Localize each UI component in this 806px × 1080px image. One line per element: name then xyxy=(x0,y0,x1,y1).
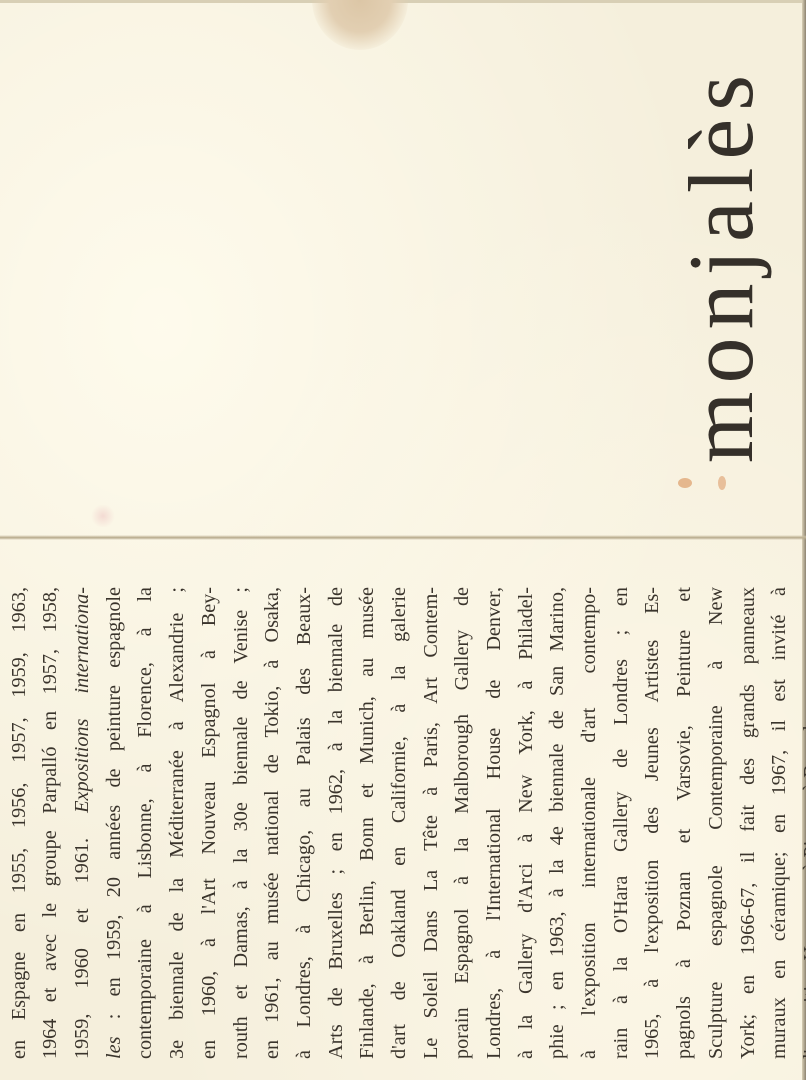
body-text: en Espagne en 1955, 1956, 1957, 1959, 19… xyxy=(8,587,30,1059)
body-text: Le Soleil Dans La Tête à Paris, Art Cont… xyxy=(420,587,442,1059)
paragraph-line: d'art de Oakland en Californie, à la gal… xyxy=(384,587,416,1059)
body-text: Arts de Bruxelles ; en 1962, à la bienna… xyxy=(325,587,347,1059)
paragraph-line: les : en 1959, 20 années de peinture esp… xyxy=(99,587,131,1059)
paragraph-line: York; en 1966-67, il fait des grands pan… xyxy=(733,587,765,1059)
paragraph-line: Londres, à l'International House de Denv… xyxy=(479,587,511,1059)
body-text: : en 1959, 20 années de peinture espagno… xyxy=(103,587,125,1037)
paragraph-line: phie ; en 1963, à la 4e biennale de San … xyxy=(543,587,575,1059)
paragraph-line: Le Soleil Dans La Tête à Paris, Art Cont… xyxy=(416,587,448,1059)
paragraph-line: pagnols à Poznan et Varsovie, Peinture e… xyxy=(669,587,701,1059)
paragraph-line: l'exposition Hommage à Picasso à Barcelo… xyxy=(796,587,806,1059)
paragraph-line: en 1961, au musée national de Tokio, à O… xyxy=(257,587,289,1059)
paragraph-line: en 1960, à l'Art Nouveau Espagnol à Bey- xyxy=(194,587,226,1059)
body-text: à la Gallery d'Arci à New York, à Philad… xyxy=(515,587,537,1059)
paragraph-line: muraux en céramique; en 1967, il est inv… xyxy=(764,587,796,1059)
body-text: routh et Damas, à la 30e biennale de Ven… xyxy=(230,587,252,1059)
title-region: monjalès xyxy=(676,40,766,490)
paragraph-line: à la Gallery d'Arci à New York, à Philad… xyxy=(511,587,543,1059)
paragraph-line: rain à la O'Hara Gallery de Londres ; en xyxy=(606,587,638,1059)
body-text: 1965, à l'exposition des Jeunes Artistes… xyxy=(642,587,664,1059)
body-text: Londres, à l'International House de Denv… xyxy=(483,587,505,1059)
paragraph-line: 3e biennale de la Méditerranée à Alexand… xyxy=(162,587,194,1059)
body-text: pagnols à Poznan et Varsovie, Peinture e… xyxy=(673,587,695,1059)
paragraph-line: routh et Damas, à la 30e biennale de Ven… xyxy=(226,587,258,1059)
biography-region: Expositions personnelles à Bruxelles en … xyxy=(50,585,750,1060)
body-text: en 1961, au musée national de Tokio, à O… xyxy=(261,587,283,1059)
paragraph-line: 1964 et avec le groupe Parpalló en 1957,… xyxy=(36,587,68,1059)
paragraph-line: contemporaine à Lisbonne, à Florence, à … xyxy=(131,587,163,1059)
body-text: l'exposition Hommage à Picasso à Barcelo… xyxy=(800,690,806,1058)
body-text: York; en 1966-67, il fait des grands pan… xyxy=(737,587,759,1059)
body-text: contemporaine à Lisbonne, à Florence, à … xyxy=(135,587,157,1059)
body-text: d'art de Oakland en Californie, à la gal… xyxy=(388,587,410,1059)
paragraph-line: en Espagne en 1955, 1956, 1957, 1959, 19… xyxy=(4,587,36,1059)
body-text: 1964 et avec le groupe Parpalló en 1957,… xyxy=(40,587,62,1059)
artist-name-title: monjalès xyxy=(675,67,767,463)
body-text: 1959, 1960 et 1961. xyxy=(71,812,93,1058)
exhibitions-paragraph: Expositions personnelles à Bruxelles en … xyxy=(0,587,806,1059)
page-fold-crease xyxy=(0,535,806,540)
paper-stain-top xyxy=(312,0,408,50)
scanned-page: monjalès Expositions personnelles à Brux… xyxy=(0,0,806,1080)
paragraph-line: à l'exposition internationale d'art cont… xyxy=(574,587,606,1059)
italic-heading-text: Expositions internationa- xyxy=(71,587,93,813)
italic-heading-text: les xyxy=(103,1036,125,1058)
body-text: rain à la O'Hara Gallery de Londres ; en xyxy=(610,587,632,1059)
body-text: porain Espagnol à la Malborough Gallery … xyxy=(452,587,474,1059)
body-text: en 1960, à l'Art Nouveau Espagnol à Bey- xyxy=(198,587,220,1059)
body-text: Sculpture espagnole Contemporaine à New xyxy=(705,587,727,1059)
body-text: à Londres, à Chicago, au Palais des Beau… xyxy=(293,587,315,1059)
body-text: à l'exposition internationale d'art cont… xyxy=(578,587,600,1059)
paragraph-line: Finlande, à Berlin, Bonn et Munich, au m… xyxy=(352,587,384,1059)
paper-stain-spot xyxy=(90,505,116,527)
body-text: Finlande, à Berlin, Bonn et Munich, au m… xyxy=(356,587,378,1059)
paragraph-line: Arts de Bruxelles ; en 1962, à la bienna… xyxy=(321,587,353,1059)
paragraph-line: Sculpture espagnole Contemporaine à New xyxy=(701,587,733,1059)
paragraph-line: porain Espagnol à la Malborough Gallery … xyxy=(448,587,480,1059)
body-text: phie ; en 1963, à la 4e biennale de San … xyxy=(547,587,569,1059)
paragraph-line: à Londres, à Chicago, au Palais des Beau… xyxy=(289,587,321,1059)
paragraph-line: 1959, 1960 et 1961. Expositions internat… xyxy=(67,587,99,1059)
paragraph-line: 1965, à l'exposition des Jeunes Artistes… xyxy=(638,587,670,1059)
body-text: 3e biennale de la Méditerranée à Alexand… xyxy=(166,587,188,1059)
body-text: muraux en céramique; en 1967, il est inv… xyxy=(768,587,790,1059)
